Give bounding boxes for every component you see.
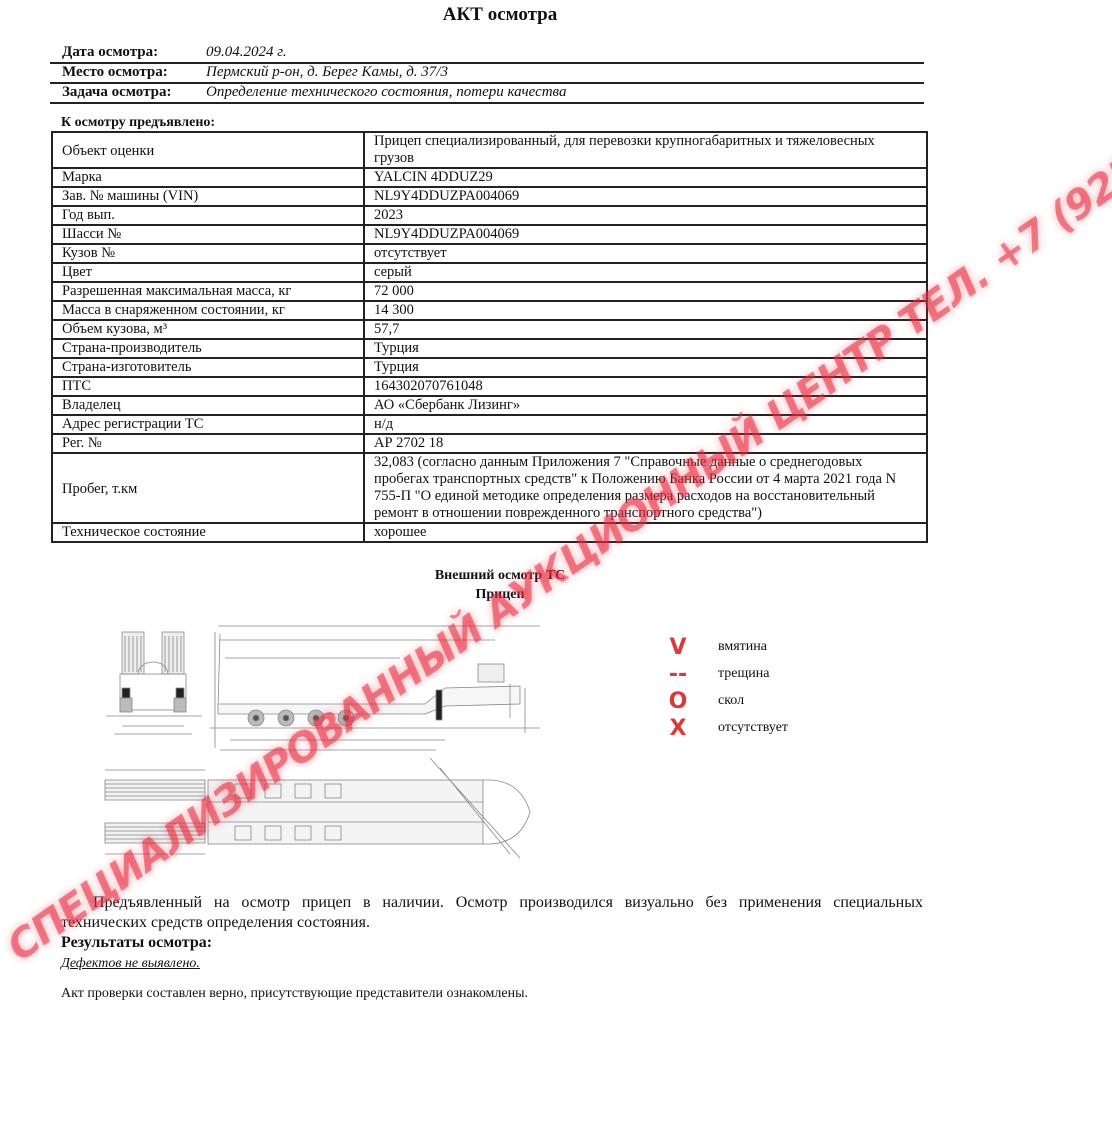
missing-icon: X xyxy=(660,717,696,741)
results-value: Дефектов не выявлено. xyxy=(61,956,200,972)
header-row-date: Дата осмотра: 09.04.2024 г. xyxy=(50,42,924,64)
spec-value: хорошее xyxy=(364,523,927,542)
spec-key: Шасси № xyxy=(52,225,364,244)
presented-label: К осмотру предъявлено: xyxy=(61,115,215,131)
spec-key: Объект оценки xyxy=(52,132,364,168)
spec-value: АО «Сбербанк Лизинг» xyxy=(364,396,927,415)
table-row: Год вып.2023 xyxy=(52,206,927,225)
table-row: Техническое состояниехорошее xyxy=(52,523,927,542)
external-inspection-heading: Внешний осмотр ТС xyxy=(0,568,1000,584)
spec-key: Год вып. xyxy=(52,206,364,225)
table-row: Объем кузова, м³57,7 xyxy=(52,320,927,339)
header-value: Определение технического состояния, поте… xyxy=(206,84,566,101)
inspection-paragraph: Предъявленный на осмотр прицеп в наличии… xyxy=(61,893,923,933)
spec-value: Турция xyxy=(364,339,927,358)
table-row: Зав. № машины (VIN)NL9Y4DDUZPA004069 xyxy=(52,187,927,206)
spec-key: Адрес регистрации ТС xyxy=(52,415,364,434)
chip-icon: O xyxy=(660,690,696,714)
spec-value: NL9Y4DDUZPA004069 xyxy=(364,225,927,244)
spec-value: 32,083 (согласно данным Приложения 7 "Сп… xyxy=(364,453,927,523)
conclusion-text: Акт проверки составлен верно, присутству… xyxy=(61,986,528,1002)
trailer-drawing xyxy=(100,618,545,873)
table-row: МаркаYALCIN 4DDUZ29 xyxy=(52,168,927,187)
document-title: АКТ осмотра xyxy=(0,4,1000,26)
spec-value: н/д xyxy=(364,415,927,434)
spec-value: серый xyxy=(364,263,927,282)
header-label: Задача осмотра: xyxy=(62,84,171,101)
spec-value: Прицеп специализированный, для перевозки… xyxy=(364,132,927,168)
results-label: Результаты осмотра: xyxy=(61,934,212,952)
header-label: Дата осмотра: xyxy=(62,44,158,61)
table-row: Адрес регистрации ТСн/д xyxy=(52,415,927,434)
table-row: Пробег, т.км32,083 (согласно данным Прил… xyxy=(52,453,927,523)
rear-view xyxy=(106,632,202,734)
spec-key: Цвет xyxy=(52,263,364,282)
table-row: Страна-производительТурция xyxy=(52,339,927,358)
spec-value: Турция xyxy=(364,358,927,377)
spec-value: отсутствует xyxy=(364,244,927,263)
table-row: Цветсерый xyxy=(52,263,927,282)
spec-value: 57,7 xyxy=(364,320,927,339)
side-view xyxy=(210,626,540,750)
legend-label: отсутствует xyxy=(718,720,788,736)
vehicle-type-heading: Прицеп xyxy=(0,587,1000,603)
spec-key: Техническое состояние xyxy=(52,523,364,542)
table-row: Разрешенная максимальная масса, кг72 000 xyxy=(52,282,927,301)
legend-label: вмятина xyxy=(718,639,767,655)
crack-icon: -- xyxy=(660,663,696,687)
spec-key: Страна-производитель xyxy=(52,339,364,358)
spec-table: Объект оценкиПрицеп специализированный, … xyxy=(51,131,928,543)
header-value: Пермский р-он, д. Берег Камы, д. 37/3 xyxy=(206,64,448,81)
spec-key: Пробег, т.км xyxy=(52,453,364,523)
table-row: Объект оценкиПрицеп специализированный, … xyxy=(52,132,927,168)
spec-key: Владелец xyxy=(52,396,364,415)
spec-value: АР 2702 18 xyxy=(364,434,927,453)
spec-value: 164302070761048 xyxy=(364,377,927,396)
spec-value: 2023 xyxy=(364,206,927,225)
spec-value: YALCIN 4DDUZ29 xyxy=(364,168,927,187)
legend-label: трещина xyxy=(718,666,769,682)
spec-key: Рег. № xyxy=(52,434,364,453)
table-row: Рег. №АР 2702 18 xyxy=(52,434,927,453)
header-row-task: Задача осмотра: Определение технического… xyxy=(50,82,924,104)
legend-label: скол xyxy=(718,693,744,709)
header-label: Место осмотра: xyxy=(62,64,168,81)
table-row: Шасси №NL9Y4DDUZPA004069 xyxy=(52,225,927,244)
spec-key: ПТС xyxy=(52,377,364,396)
table-row: ПТС164302070761048 xyxy=(52,377,927,396)
table-row: Масса в снаряженном состоянии, кг14 300 xyxy=(52,301,927,320)
spec-key: Марка xyxy=(52,168,364,187)
spec-key: Разрешенная максимальная масса, кг xyxy=(52,282,364,301)
spec-key: Страна-изготовитель xyxy=(52,358,364,377)
spec-value: 72 000 xyxy=(364,282,927,301)
spec-key: Объем кузова, м³ xyxy=(52,320,364,339)
spec-value: 14 300 xyxy=(364,301,927,320)
header-row-place: Место осмотра: Пермский р-он, д. Берег К… xyxy=(50,62,924,84)
table-row: Кузов №отсутствует xyxy=(52,244,927,263)
header-value: 09.04.2024 г. xyxy=(206,44,287,61)
spec-value: NL9Y4DDUZPA004069 xyxy=(364,187,927,206)
table-row: Страна-изготовительТурция xyxy=(52,358,927,377)
spec-key: Масса в снаряженном состоянии, кг xyxy=(52,301,364,320)
top-view xyxy=(105,758,530,858)
dent-icon: V xyxy=(660,636,696,660)
table-row: ВладелецАО «Сбербанк Лизинг» xyxy=(52,396,927,415)
spec-key: Зав. № машины (VIN) xyxy=(52,187,364,206)
spec-key: Кузов № xyxy=(52,244,364,263)
